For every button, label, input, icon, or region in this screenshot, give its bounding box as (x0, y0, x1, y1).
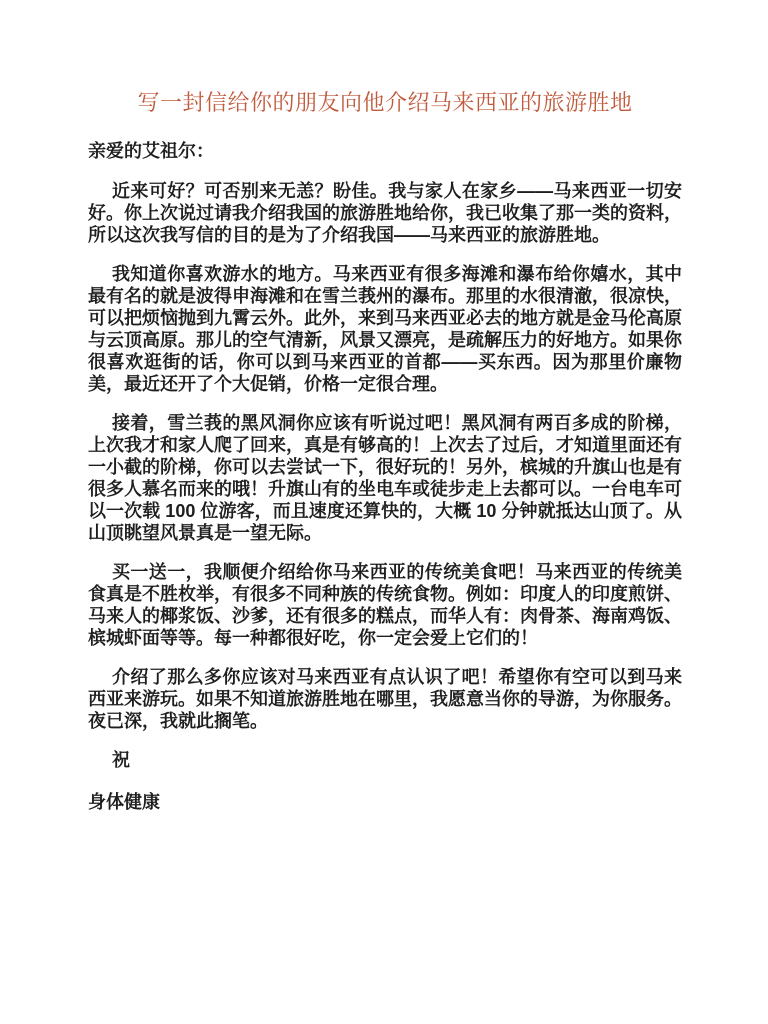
document-page: 写一封信给你的朋友向他介绍马来西亚的旅游胜地 亲爱的艾祖尔： 近来可好？可否别来… (0, 0, 768, 1024)
letter-closing-phrase: 身体健康 (88, 791, 682, 813)
letter-salutation: 亲爱的艾祖尔： (88, 140, 682, 162)
letter-paragraph: 接着，雪兰莪的黑风洞你应该有听说过吧！黑风洞有两百多成的阶梯，上次我才和家人爬了… (88, 412, 682, 544)
letter-paragraph: 买一送一，我顺便介绍给你马来西亚的传统美食吧！马来西亚的传统美食真是不胜枚举，有… (88, 561, 682, 649)
page-title: 写一封信给你的朋友向他介绍马来西亚的旅游胜地 (88, 90, 682, 116)
letter-paragraph: 我知道你喜欢游水的地方。马来西亚有很多海滩和瀑布给你嬉水，其中最有名的就是波得申… (88, 263, 682, 395)
letter-paragraph: 介绍了那么多你应该对马来西亚有点认识了吧！希望你有空可以到马来西亚来游玩。如果不… (88, 666, 682, 732)
letter-closing-wish: 祝 (88, 749, 682, 771)
letter-paragraph: 近来可好？可否别来无恙？盼佳。我与家人在家乡——马来西亚一切安好。你上次说过请我… (88, 180, 682, 246)
